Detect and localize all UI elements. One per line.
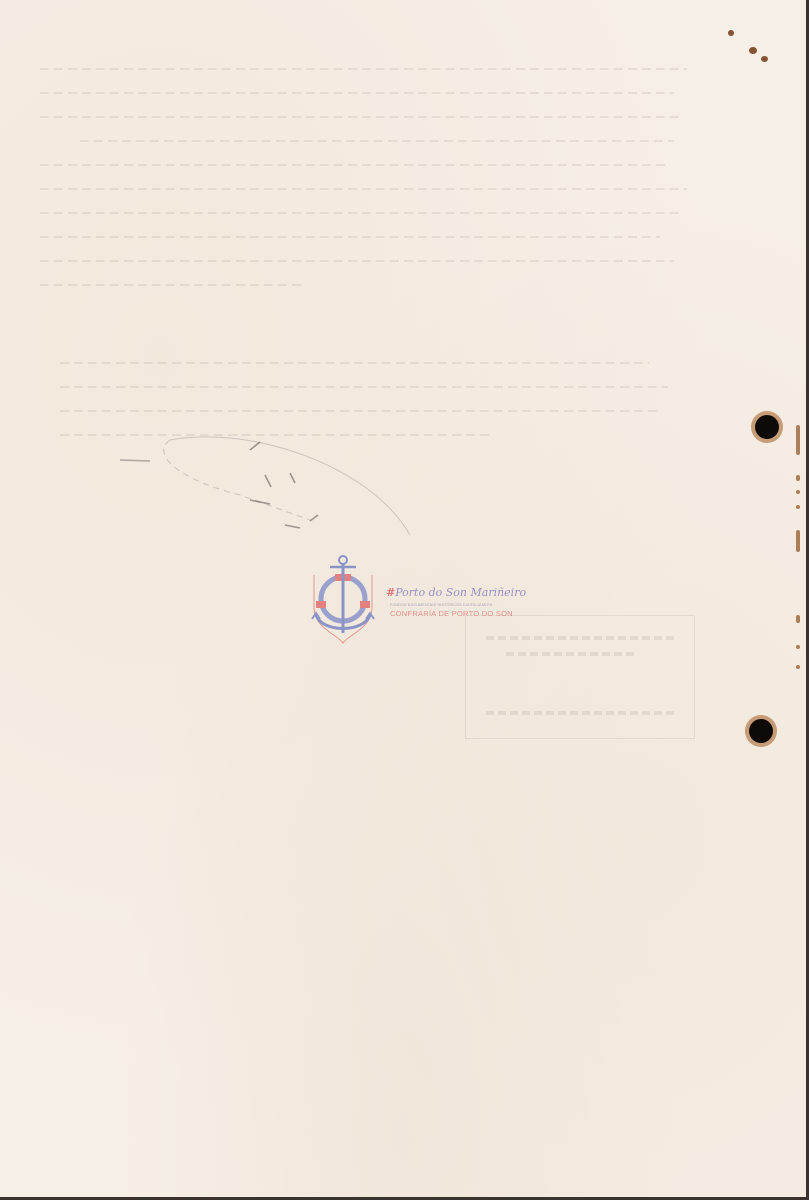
watermark-title-text: Porto do Son Mariñeiro bbox=[395, 586, 526, 599]
rust-stain bbox=[761, 56, 768, 62]
rust-strip bbox=[796, 615, 800, 623]
watermark-organization: CONFRARÍA DE PORTO DO SON bbox=[390, 609, 513, 618]
rust-strip bbox=[796, 505, 800, 509]
rust-strip bbox=[796, 425, 800, 455]
hashtag: # bbox=[386, 586, 395, 599]
rust-stain bbox=[749, 47, 757, 54]
document-page: #Porto do Son Mariñeiro FONDOS DOCUMENTA… bbox=[0, 0, 806, 1197]
anchor-emblem-icon bbox=[308, 553, 378, 645]
watermark-title: #Porto do Son Mariñeiro bbox=[386, 586, 526, 599]
watermark-subtitle: FONDOS DOCUMENTAIS HISTÓRICOS DIXITALIZA… bbox=[390, 603, 492, 607]
rust-strip bbox=[796, 645, 800, 649]
archive-watermark: #Porto do Son Mariñeiro FONDOS DOCUMENTA… bbox=[308, 553, 508, 645]
bleed-through-text-block bbox=[40, 68, 700, 308]
rust-strip bbox=[796, 530, 800, 552]
bleed-through-signature bbox=[110, 425, 430, 565]
rust-strip bbox=[796, 475, 800, 481]
rust-strip bbox=[796, 665, 800, 669]
rust-strip bbox=[796, 490, 800, 494]
punch-hole-bottom bbox=[749, 719, 773, 743]
punch-hole-top bbox=[755, 415, 779, 439]
rust-stain bbox=[728, 30, 734, 36]
